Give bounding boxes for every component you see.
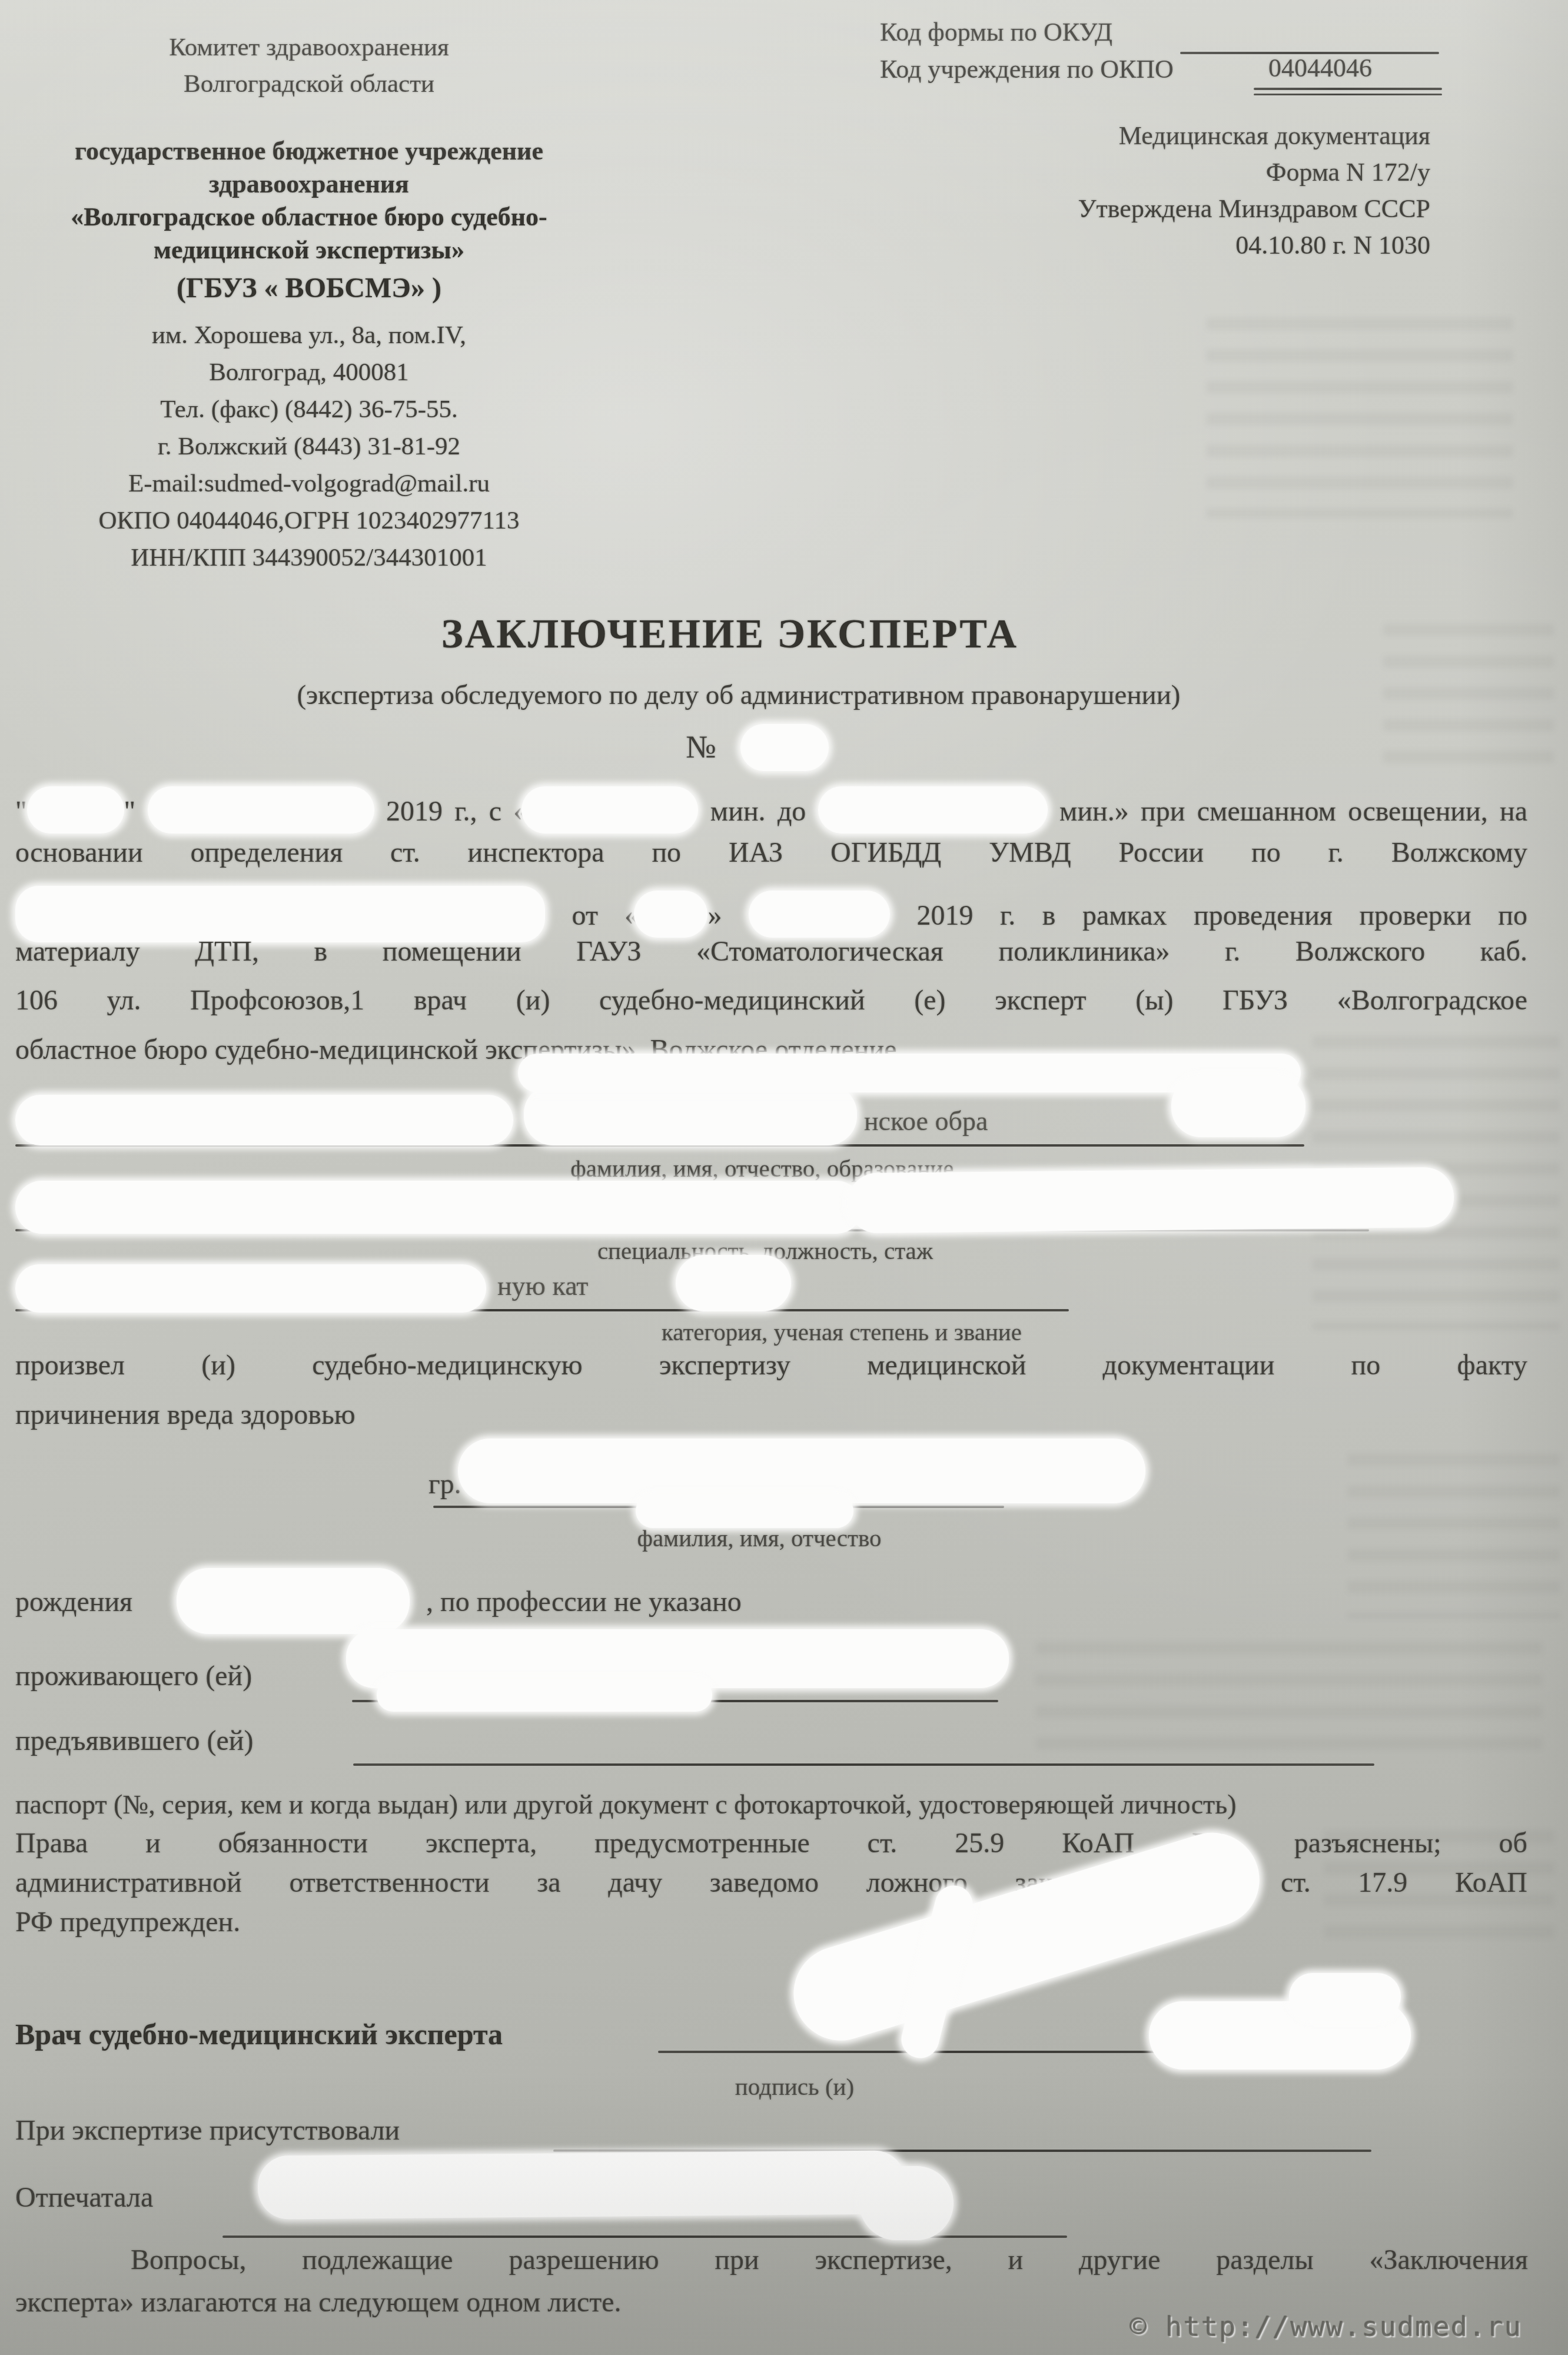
intro-line3-seg3: 2019 г. в рамках проведения проверки по (916, 900, 1527, 931)
redaction-blob-signature-right2 (1289, 1973, 1401, 2020)
doc-type-line1: Медицинская документация (842, 121, 1430, 151)
org-inn-kpp: ИНН/КПП 344390052/344301001 (12, 543, 606, 572)
okpo-code-underline2 (1254, 94, 1442, 95)
field-caption-citizen: фамилия, имя, отчество (637, 1524, 881, 1552)
redaction-blob-inspector-name (15, 886, 545, 942)
redaction-blob-time-to (818, 786, 1048, 833)
redaction-blob-address2 (377, 1679, 712, 1712)
redaction-blob-name2 (524, 1084, 857, 1145)
redaction-blob-case-number (740, 724, 829, 771)
presented-label: предъявившего (ей) (15, 1725, 253, 1757)
org-name-line2: здравоохранения (12, 170, 606, 200)
redaction-blob-day2 (634, 891, 707, 938)
intro-line5: 106 ул. Профсоюзов,1 врач (и) судебно-ме… (15, 984, 1527, 1017)
intro-line4: материалу ДТП, в помещении ГАУЗ «Стомато… (15, 935, 1527, 968)
performed-line1: произвел (и) судебно-медицинскую эксперт… (15, 1349, 1527, 1381)
field-caption-category: категория, ученая степень и звание (662, 1318, 1022, 1346)
org-okpo-ogrn: ОКПО 04044046,ОГРН 1023402977113 (12, 506, 606, 535)
intro-line1-seg1: 2019 г., с « (386, 796, 528, 827)
passport-caption: паспорт (№, серия, кем и когда выдан) ил… (15, 1789, 1237, 1821)
redaction-blob-name4 (1171, 1076, 1305, 1137)
performed-line2: причинения вреда здоровью (15, 1399, 356, 1431)
doc-type-line3: Утверждена Минздравом СССР (842, 194, 1430, 224)
scanned-document-page: Комитет здравоохранения Волгоградской об… (0, 0, 1568, 2355)
org-email: E-mail:sudmed-volgograd@mail.ru (12, 469, 606, 498)
closing-note-line2: эксперта» излагаются на следующем одном … (15, 2286, 622, 2319)
birth-label: рождения (15, 1586, 132, 1618)
signature-caption: подпись (и) (735, 2073, 854, 2101)
closing-note-line1: Вопросы, подлежащие разрешению при экспе… (131, 2244, 1528, 2276)
redaction-blob-name1 (15, 1095, 513, 1145)
redaction-blob-category2 (676, 1255, 791, 1311)
committee-line2: Волгоградской области (12, 69, 606, 98)
intro-line1-seg3: мин.» при смешанном освещении, на (1059, 796, 1527, 827)
redaction-blob-category1 (15, 1264, 486, 1313)
redaction-blob-typist (258, 2150, 906, 2220)
doc-type-line2: Форма N 172/у (842, 158, 1430, 188)
field-fragment-education: нское обра (864, 1105, 988, 1137)
intro-line3-seg1: от « (572, 900, 639, 931)
field-fragment-category: ную кат (497, 1270, 588, 1301)
rights-line2: административной ответственности за дачу… (15, 1866, 1527, 1899)
redaction-blob-typist-end (859, 2166, 954, 2240)
document-subtitle: (экспертиза обследуемого по делу об адми… (0, 679, 1477, 711)
bleedthrough-ghost (1207, 318, 1513, 518)
redaction-blob-month (148, 786, 374, 833)
redaction-blob-citizen-name2 (636, 1494, 853, 1528)
redaction-blob-time-from (521, 786, 698, 833)
okpo-code-label: Код учреждения по ОКПО (880, 55, 1174, 85)
okpo-code-value: 04044046 (1268, 54, 1372, 84)
present-underline (553, 2150, 1371, 2152)
rights-line3: РФ предупрежден. (15, 1906, 240, 1938)
document-title: ЗАКЛЮЧЕНИЕ ЭКСПЕРТА (0, 611, 1460, 659)
birth-suffix: , по профессии не указано (426, 1586, 742, 1618)
doc-type-line4: 04.10.80 г. N 1030 (842, 231, 1430, 261)
org-address-line2: Волгоград, 400081 (12, 358, 606, 387)
quote-mark: " (15, 796, 27, 827)
present-label: При экспертизе присутствовали (15, 2114, 400, 2147)
residing-label: проживающего (ей) (15, 1660, 252, 1692)
redaction-blob-specialty2 (847, 1167, 1454, 1234)
org-phone2: г. Волжский (8443) 31-81-92 (12, 432, 606, 461)
intro-line1: "" 2019 г., с « мин. до мин.» при смешан… (15, 786, 1527, 833)
org-name-line4: медицинской экспертизы» (12, 235, 606, 265)
redaction-blob-month2 (749, 891, 890, 938)
intro-line1-seg2: мин. до (710, 796, 806, 827)
okud-code-label: Код формы по ОКУД (880, 18, 1112, 48)
bleedthrough-ghost (1036, 1642, 1542, 1754)
okpo-code-underline (1254, 88, 1442, 90)
quote-mark: " (124, 796, 136, 827)
typed-by-label: Отпечатала (15, 2181, 153, 2214)
case-number-label: № (686, 729, 716, 765)
doctor-expert-label: Врач судебно-медицинский эксперта (15, 2018, 503, 2052)
committee-line1: Комитет здравоохранения (12, 33, 606, 62)
redaction-blob-day (27, 786, 124, 833)
org-phone1: Тел. (факс) (8442) 36-75-55. (12, 395, 606, 424)
rights-line1: Права и обязанности эксперта, предусмотр… (15, 1827, 1527, 1859)
org-abbreviation: (ГБУЗ « ВОБСМЭ» ) (12, 272, 606, 304)
bleedthrough-ghost (1348, 1454, 1560, 1619)
typed-by-underline (222, 2236, 1067, 2238)
org-address-line1: им. Хорошева ул., 8а, пом.IV, (12, 321, 606, 350)
field-underline-presented (353, 1763, 1374, 1766)
org-name-line1: государственное бюджетное учреждение (12, 137, 606, 167)
redaction-blob-birthdate (177, 1568, 410, 1634)
site-watermark: © http://www.sudmed.ru (1130, 2311, 1523, 2343)
intro-line2: основании определения ст. инспектора по … (15, 836, 1527, 869)
citizen-label: гр. (428, 1468, 461, 1500)
org-name-line3: «Волгоградское областное бюро судебно- (12, 202, 606, 232)
intro-line3-seg2: » (707, 900, 722, 931)
intro-line3: от «» 2019 г. в рамках проведения провер… (15, 886, 1527, 942)
redaction-blob-specialty1 (15, 1181, 863, 1234)
